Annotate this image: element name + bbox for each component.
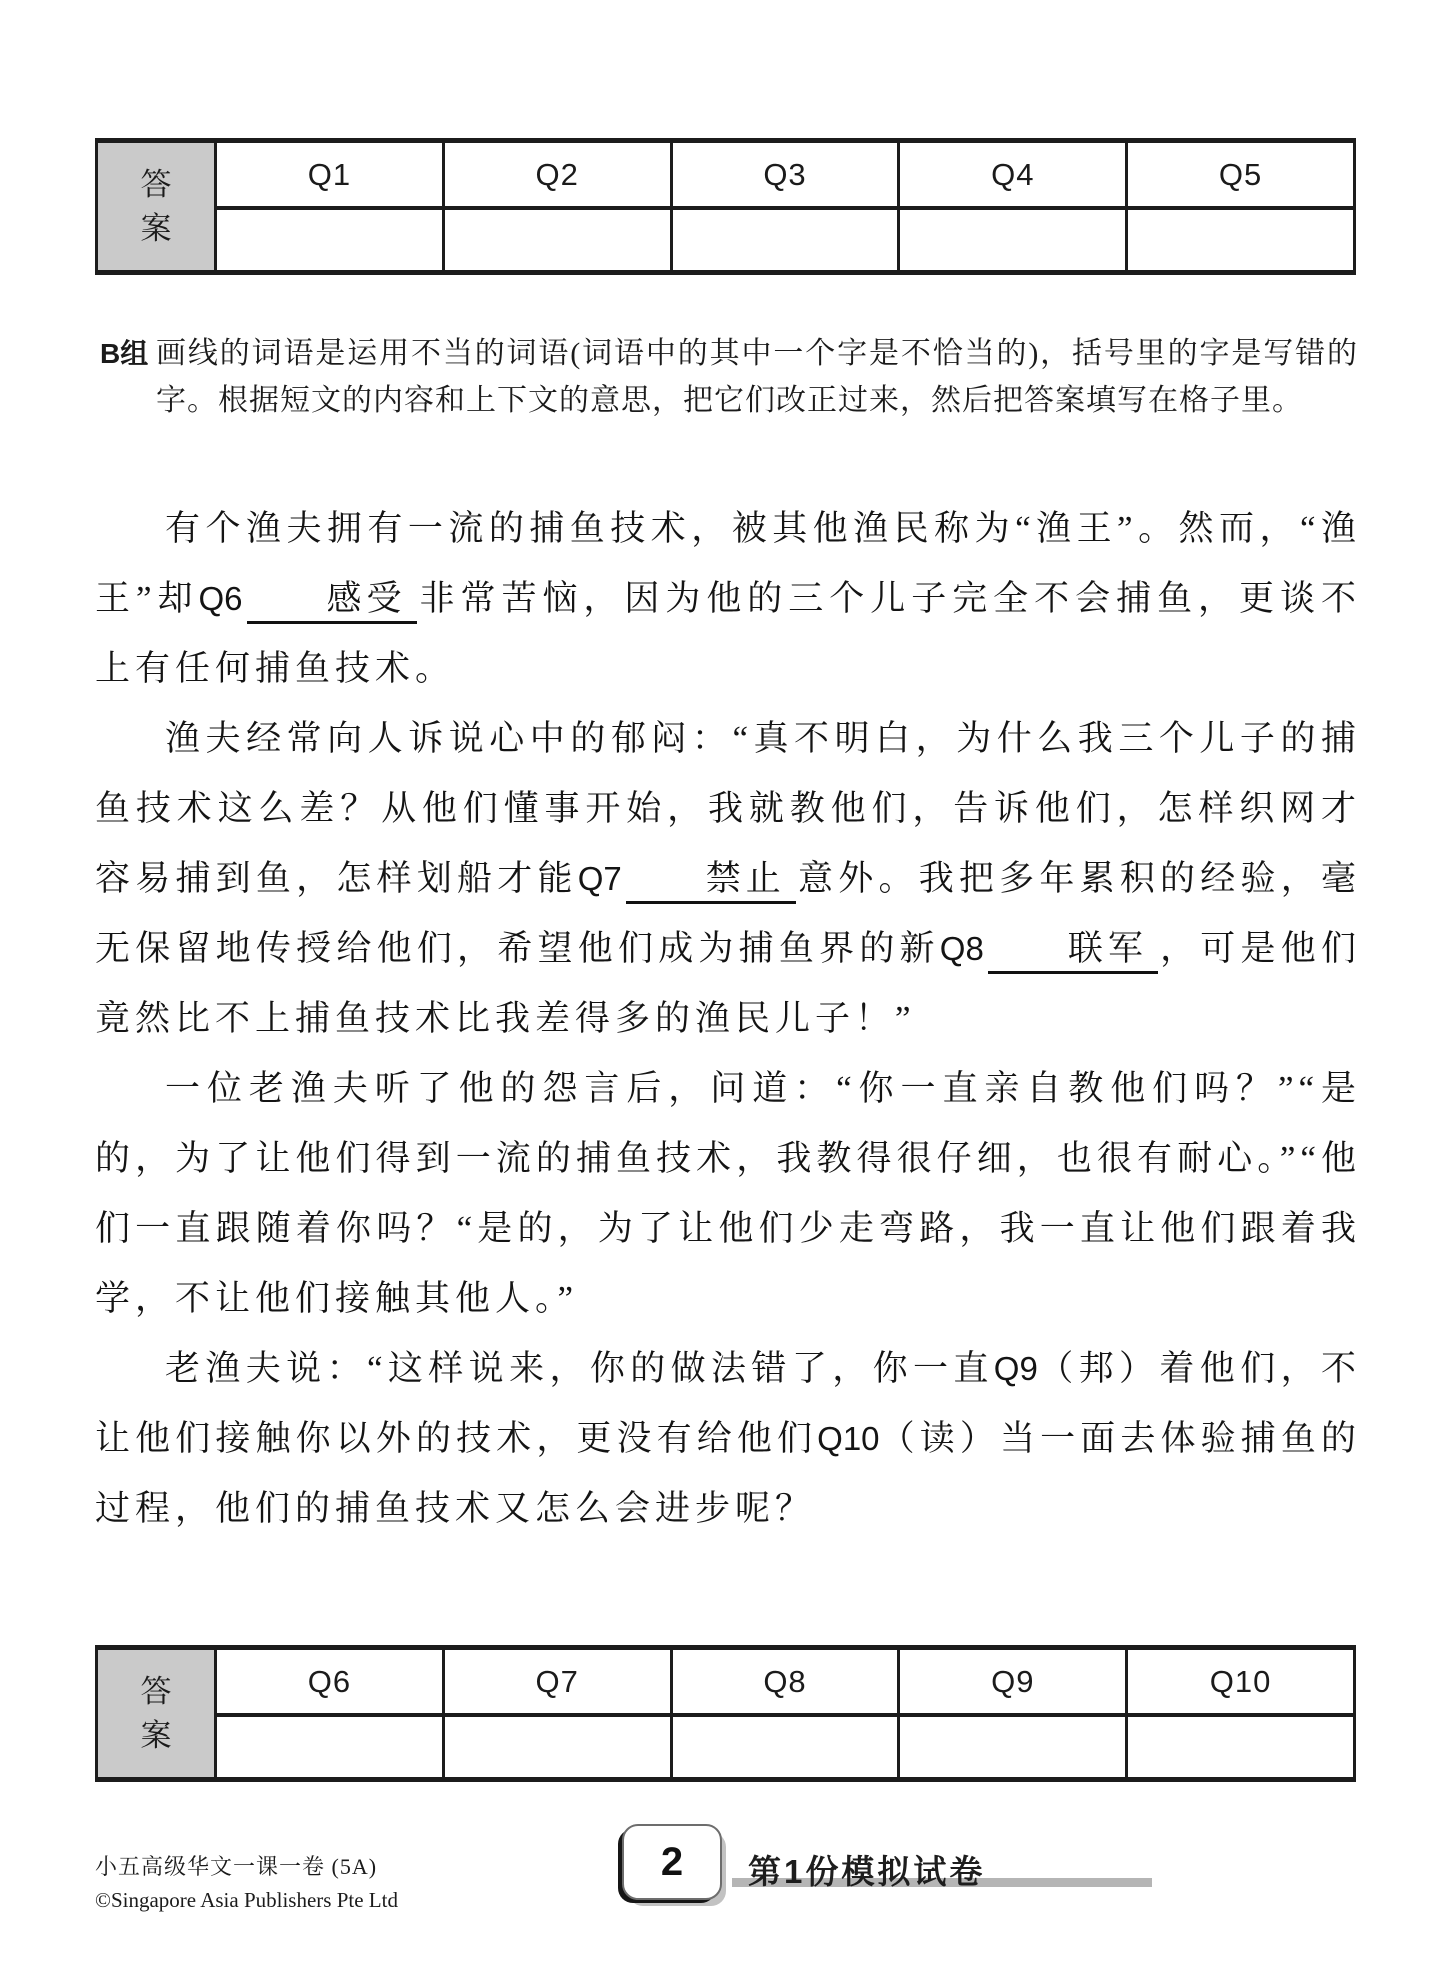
answer-table-top: 答案 Q1Q2Q3Q4Q5 — [95, 138, 1356, 275]
underlined-word: 感受 — [247, 577, 417, 624]
answer-cell — [671, 1715, 899, 1780]
question-label: Q9 — [994, 1350, 1038, 1387]
answer-label: 答案 — [138, 163, 174, 251]
question-column-header: Q8 — [671, 1648, 899, 1716]
footer-section-title: 第1份模拟试卷 — [748, 1846, 985, 1893]
question-column-header: Q10 — [1127, 1648, 1355, 1716]
question-column-header: Q1 — [216, 141, 444, 209]
answer-label: 答案 — [138, 1670, 174, 1758]
question-column-header: Q4 — [899, 141, 1127, 209]
passage-paragraph: 有个渔夫拥有一流的捕鱼技术，被其他渔民称为“渔王”。然而，“渔王”却Q6感受非常… — [95, 494, 1361, 704]
answer-cell — [1127, 208, 1355, 273]
answer-cell — [1127, 1715, 1355, 1780]
answer-cell — [216, 208, 444, 273]
passage: 有个渔夫拥有一流的捕鱼技术，被其他渔民称为“渔王”。然而，“渔王”却Q6感受非常… — [95, 494, 1361, 1544]
answer-cell — [443, 1715, 671, 1780]
passage-paragraph: 一位老渔夫听了他的怨言后，问道：“你一直亲自教他们吗？”“是的，为了让他们得到一… — [95, 1054, 1361, 1334]
question-column-header: Q5 — [1127, 141, 1355, 209]
answer-table-bottom: 答案 Q6Q7Q8Q9Q10 — [95, 1645, 1356, 1782]
answer-cell — [216, 1715, 444, 1780]
question-label: Q7 — [578, 860, 622, 897]
answer-cell — [443, 208, 671, 273]
question-label: Q10 — [817, 1420, 879, 1457]
answer-blank-row — [97, 208, 1355, 273]
answer-label-cell: 答案 — [97, 141, 216, 273]
passage-paragraph: 渔夫经常向人诉说心中的郁闷：“真不明白，为什么我三个儿子的捕鱼技术这么差？从他们… — [95, 704, 1361, 1054]
answer-blank-row — [97, 1715, 1355, 1780]
footer-right: 2 第1份模拟试卷 — [620, 1820, 1180, 1910]
answer-label-cell: 答案 — [97, 1648, 216, 1780]
answer-cell — [671, 208, 899, 273]
question-column-header: Q9 — [899, 1648, 1127, 1716]
section-label: B组 — [100, 330, 156, 377]
answer-cell — [899, 208, 1127, 273]
underlined-word: 联军 — [988, 927, 1158, 974]
bracketed-word: （读） — [880, 1419, 1000, 1458]
instruction-text: 画线的词语是运用不当的词语(词语中的其中一个字是不恰当的)，括号里的字是写错的字… — [156, 330, 1358, 424]
question-column-header: Q3 — [671, 141, 899, 209]
footer-left: 小五高级华文一课一卷 (5A) ©Singapore Asia Publishe… — [95, 1850, 398, 1913]
bracketed-word: （邦） — [1038, 1349, 1160, 1388]
page-number-badge: 2 — [622, 1824, 722, 1900]
question-header-row: 答案 Q6Q7Q8Q9Q10 — [97, 1648, 1355, 1716]
section-b-instructions: B组 画线的词语是运用不当的词语(词语中的其中一个字是不恰当的)，括号里的字是写… — [100, 330, 1358, 424]
exam-page: 答案 Q1Q2Q3Q4Q5 B组 画线的词语是运用不当的词语(词语中的其中一个字… — [0, 0, 1445, 1978]
underlined-word: 禁止 — [626, 857, 796, 904]
page-number: 2 — [661, 1840, 683, 1885]
book-title: 小五高级华文一课一卷 (5A) — [95, 1850, 398, 1881]
question-label: Q8 — [940, 930, 984, 967]
question-header-row: 答案 Q1Q2Q3Q4Q5 — [97, 141, 1355, 209]
question-label: Q6 — [198, 580, 242, 617]
copyright-line: ©Singapore Asia Publishers Pte Ltd — [95, 1888, 398, 1913]
passage-paragraph: 老渔夫说：“这样说来，你的做法错了，你一直Q9（邦）着他们，不让他们接触你以外的… — [95, 1334, 1361, 1544]
question-column-header: Q2 — [443, 141, 671, 209]
question-column-header: Q7 — [443, 1648, 671, 1716]
question-column-header: Q6 — [216, 1648, 444, 1716]
answer-cell — [899, 1715, 1127, 1780]
